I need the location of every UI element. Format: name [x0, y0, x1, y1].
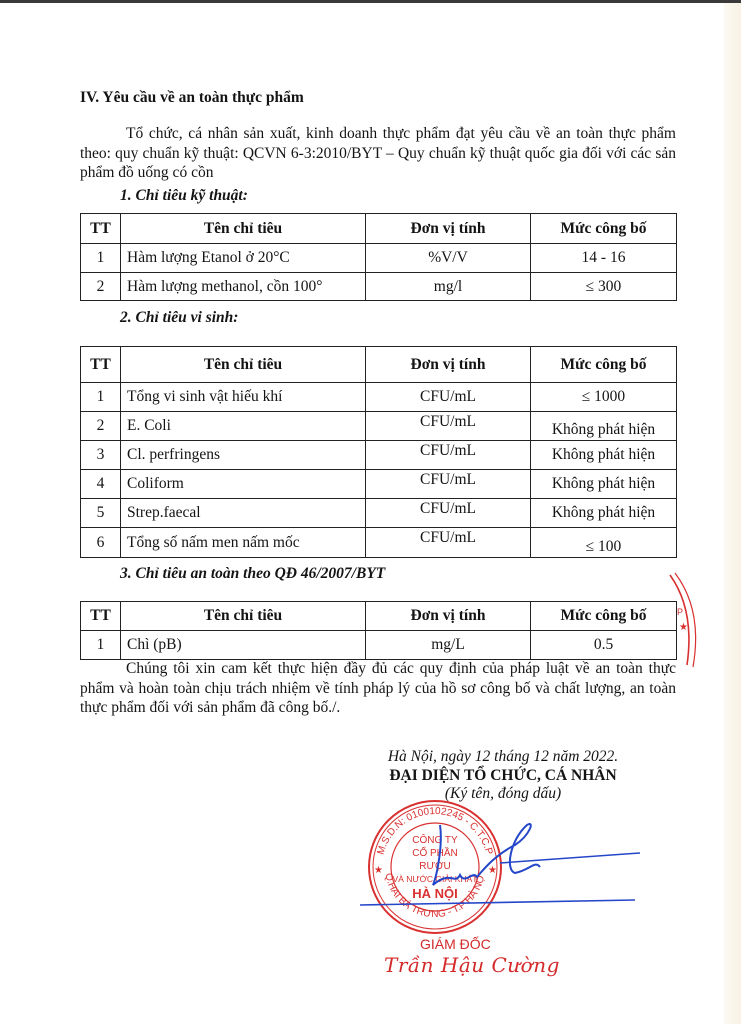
handwritten-signature-icon	[355, 815, 645, 915]
header-name: Tên chỉ tiêu	[121, 347, 366, 383]
cell-tt: 2	[81, 412, 121, 441]
svg-text:★: ★	[679, 622, 688, 633]
partial-stamp-icon: P ★	[665, 570, 710, 670]
cell-value: Không phát hiện	[531, 412, 677, 441]
header-value: Mức công bố	[531, 347, 677, 383]
cell-tt: 1	[81, 383, 121, 412]
header-name: Tên chỉ tiêu	[121, 214, 366, 244]
cell-name: Coliform	[121, 470, 366, 499]
signatory-name: Trần Hậu Cường	[384, 953, 560, 977]
table-row: 4 Coliform CFU/mL Không phát hiện	[81, 470, 677, 499]
table-header-row: TT Tên chỉ tiêu Đơn vị tính Mức công bố	[81, 214, 677, 244]
cell-value: 14 - 16	[531, 244, 677, 273]
cell-tt: 2	[81, 273, 121, 301]
table-row: 3 Cl. perfringens CFU/mL Không phát hiện	[81, 441, 677, 470]
safety-table: TT Tên chỉ tiêu Đơn vị tính Mức công bố …	[80, 601, 677, 660]
cell-unit: CFU/mL	[366, 412, 531, 441]
table-row: 6 Tổng số nấm men nấm mốc CFU/mL ≤ 100	[81, 528, 677, 558]
cell-name: Cl. perfringens	[121, 441, 366, 470]
cell-tt: 6	[81, 528, 121, 558]
cell-name: Strep.faecal	[121, 499, 366, 528]
cell-tt: 1	[81, 244, 121, 273]
header-unit: Đơn vị tính	[366, 602, 531, 631]
cell-value: ≤ 1000	[531, 383, 677, 412]
cell-unit: CFU/mL	[366, 470, 531, 499]
header-value: Mức công bố	[531, 214, 677, 244]
cell-name: E. Coli	[121, 412, 366, 441]
cell-name: Hàm lượng methanol, cồn 100°	[121, 273, 366, 301]
signatory-role: GIÁM ĐỐC	[420, 936, 491, 952]
header-unit: Đơn vị tính	[366, 347, 531, 383]
header-tt: TT	[81, 602, 121, 631]
cell-tt: 5	[81, 499, 121, 528]
cell-name: Hàm lượng Etanol ở 20°C	[121, 244, 366, 273]
cell-tt: 4	[81, 470, 121, 499]
cell-name: Tổng vi sinh vật hiếu khí	[121, 383, 366, 412]
cell-name: Chì (pB)	[121, 631, 366, 660]
table-header-row: TT Tên chỉ tiêu Đơn vị tính Mức công bố	[81, 602, 677, 631]
subsection-title-microbiology: 2. Chỉ tiêu vi sinh:	[120, 309, 238, 327]
svg-text:P: P	[677, 607, 683, 617]
cell-unit: mg/l	[366, 273, 531, 301]
commitment-text: Chúng tôi xin cam kết thực hiện đầy đủ c…	[80, 660, 676, 716]
subsection-title-technical: 1. Chỉ tiêu kỹ thuật:	[120, 187, 248, 205]
header-unit: Đơn vị tính	[366, 214, 531, 244]
cell-tt: 3	[81, 441, 121, 470]
cell-name: Tổng số nấm men nấm mốc	[121, 528, 366, 558]
technical-table: TT Tên chỉ tiêu Đơn vị tính Mức công bố …	[80, 213, 677, 301]
cell-unit: mg/L	[366, 631, 531, 660]
header-tt: TT	[81, 347, 121, 383]
table-row: 1 Hàm lượng Etanol ở 20°C %V/V 14 - 16	[81, 244, 677, 273]
scan-paper-edge	[724, 3, 741, 1024]
table-row: 2 E. Coli CFU/mL Không phát hiện	[81, 412, 677, 441]
scan-top-border	[0, 0, 741, 3]
cell-value: ≤ 300	[531, 273, 677, 301]
cell-value: Không phát hiện	[531, 470, 677, 499]
place-date: Hà Nội, ngày 12 tháng 12 năm 2022.	[348, 748, 658, 766]
table-header-row: TT Tên chỉ tiêu Đơn vị tính Mức công bố	[81, 347, 677, 383]
microbiology-table: TT Tên chỉ tiêu Đơn vị tính Mức công bố …	[80, 346, 677, 558]
subsection-title-safety: 3. Chỉ tiêu an toàn theo QĐ 46/2007/BYT	[120, 565, 385, 583]
commitment-paragraph: Chúng tôi xin cam kết thực hiện đầy đủ c…	[80, 659, 676, 718]
cell-value: 0.5	[531, 631, 677, 660]
cell-unit: %V/V	[366, 244, 531, 273]
cell-value: Không phát hiện	[531, 441, 677, 470]
table-row: 1 Chì (pB) mg/L 0.5	[81, 631, 677, 660]
table-row: 2 Hàm lượng methanol, cồn 100° mg/l ≤ 30…	[81, 273, 677, 301]
cell-unit: CFU/mL	[366, 528, 531, 558]
cell-unit: CFU/mL	[366, 383, 531, 412]
cell-tt: 1	[81, 631, 121, 660]
table-row: 5 Strep.faecal CFU/mL Không phát hiện	[81, 499, 677, 528]
cell-unit: CFU/mL	[366, 499, 531, 528]
signatory-title: ĐẠI DIỆN TỔ CHỨC, CÁ NHÂN	[348, 767, 658, 785]
intro-text: Tổ chức, cá nhân sản xuất, kinh doanh th…	[80, 125, 676, 181]
header-value: Mức công bố	[531, 602, 677, 631]
cell-value: Không phát hiện	[531, 499, 677, 528]
header-tt: TT	[81, 214, 121, 244]
cell-unit: CFU/mL	[366, 441, 531, 470]
cell-value: ≤ 100	[531, 528, 677, 558]
section-heading: IV. Yêu cầu về an toàn thực phẩm	[80, 89, 304, 107]
intro-paragraph: Tổ chức, cá nhân sản xuất, kinh doanh th…	[80, 124, 676, 183]
table-row: 1 Tổng vi sinh vật hiếu khí CFU/mL ≤ 100…	[81, 383, 677, 412]
header-name: Tên chỉ tiêu	[121, 602, 366, 631]
